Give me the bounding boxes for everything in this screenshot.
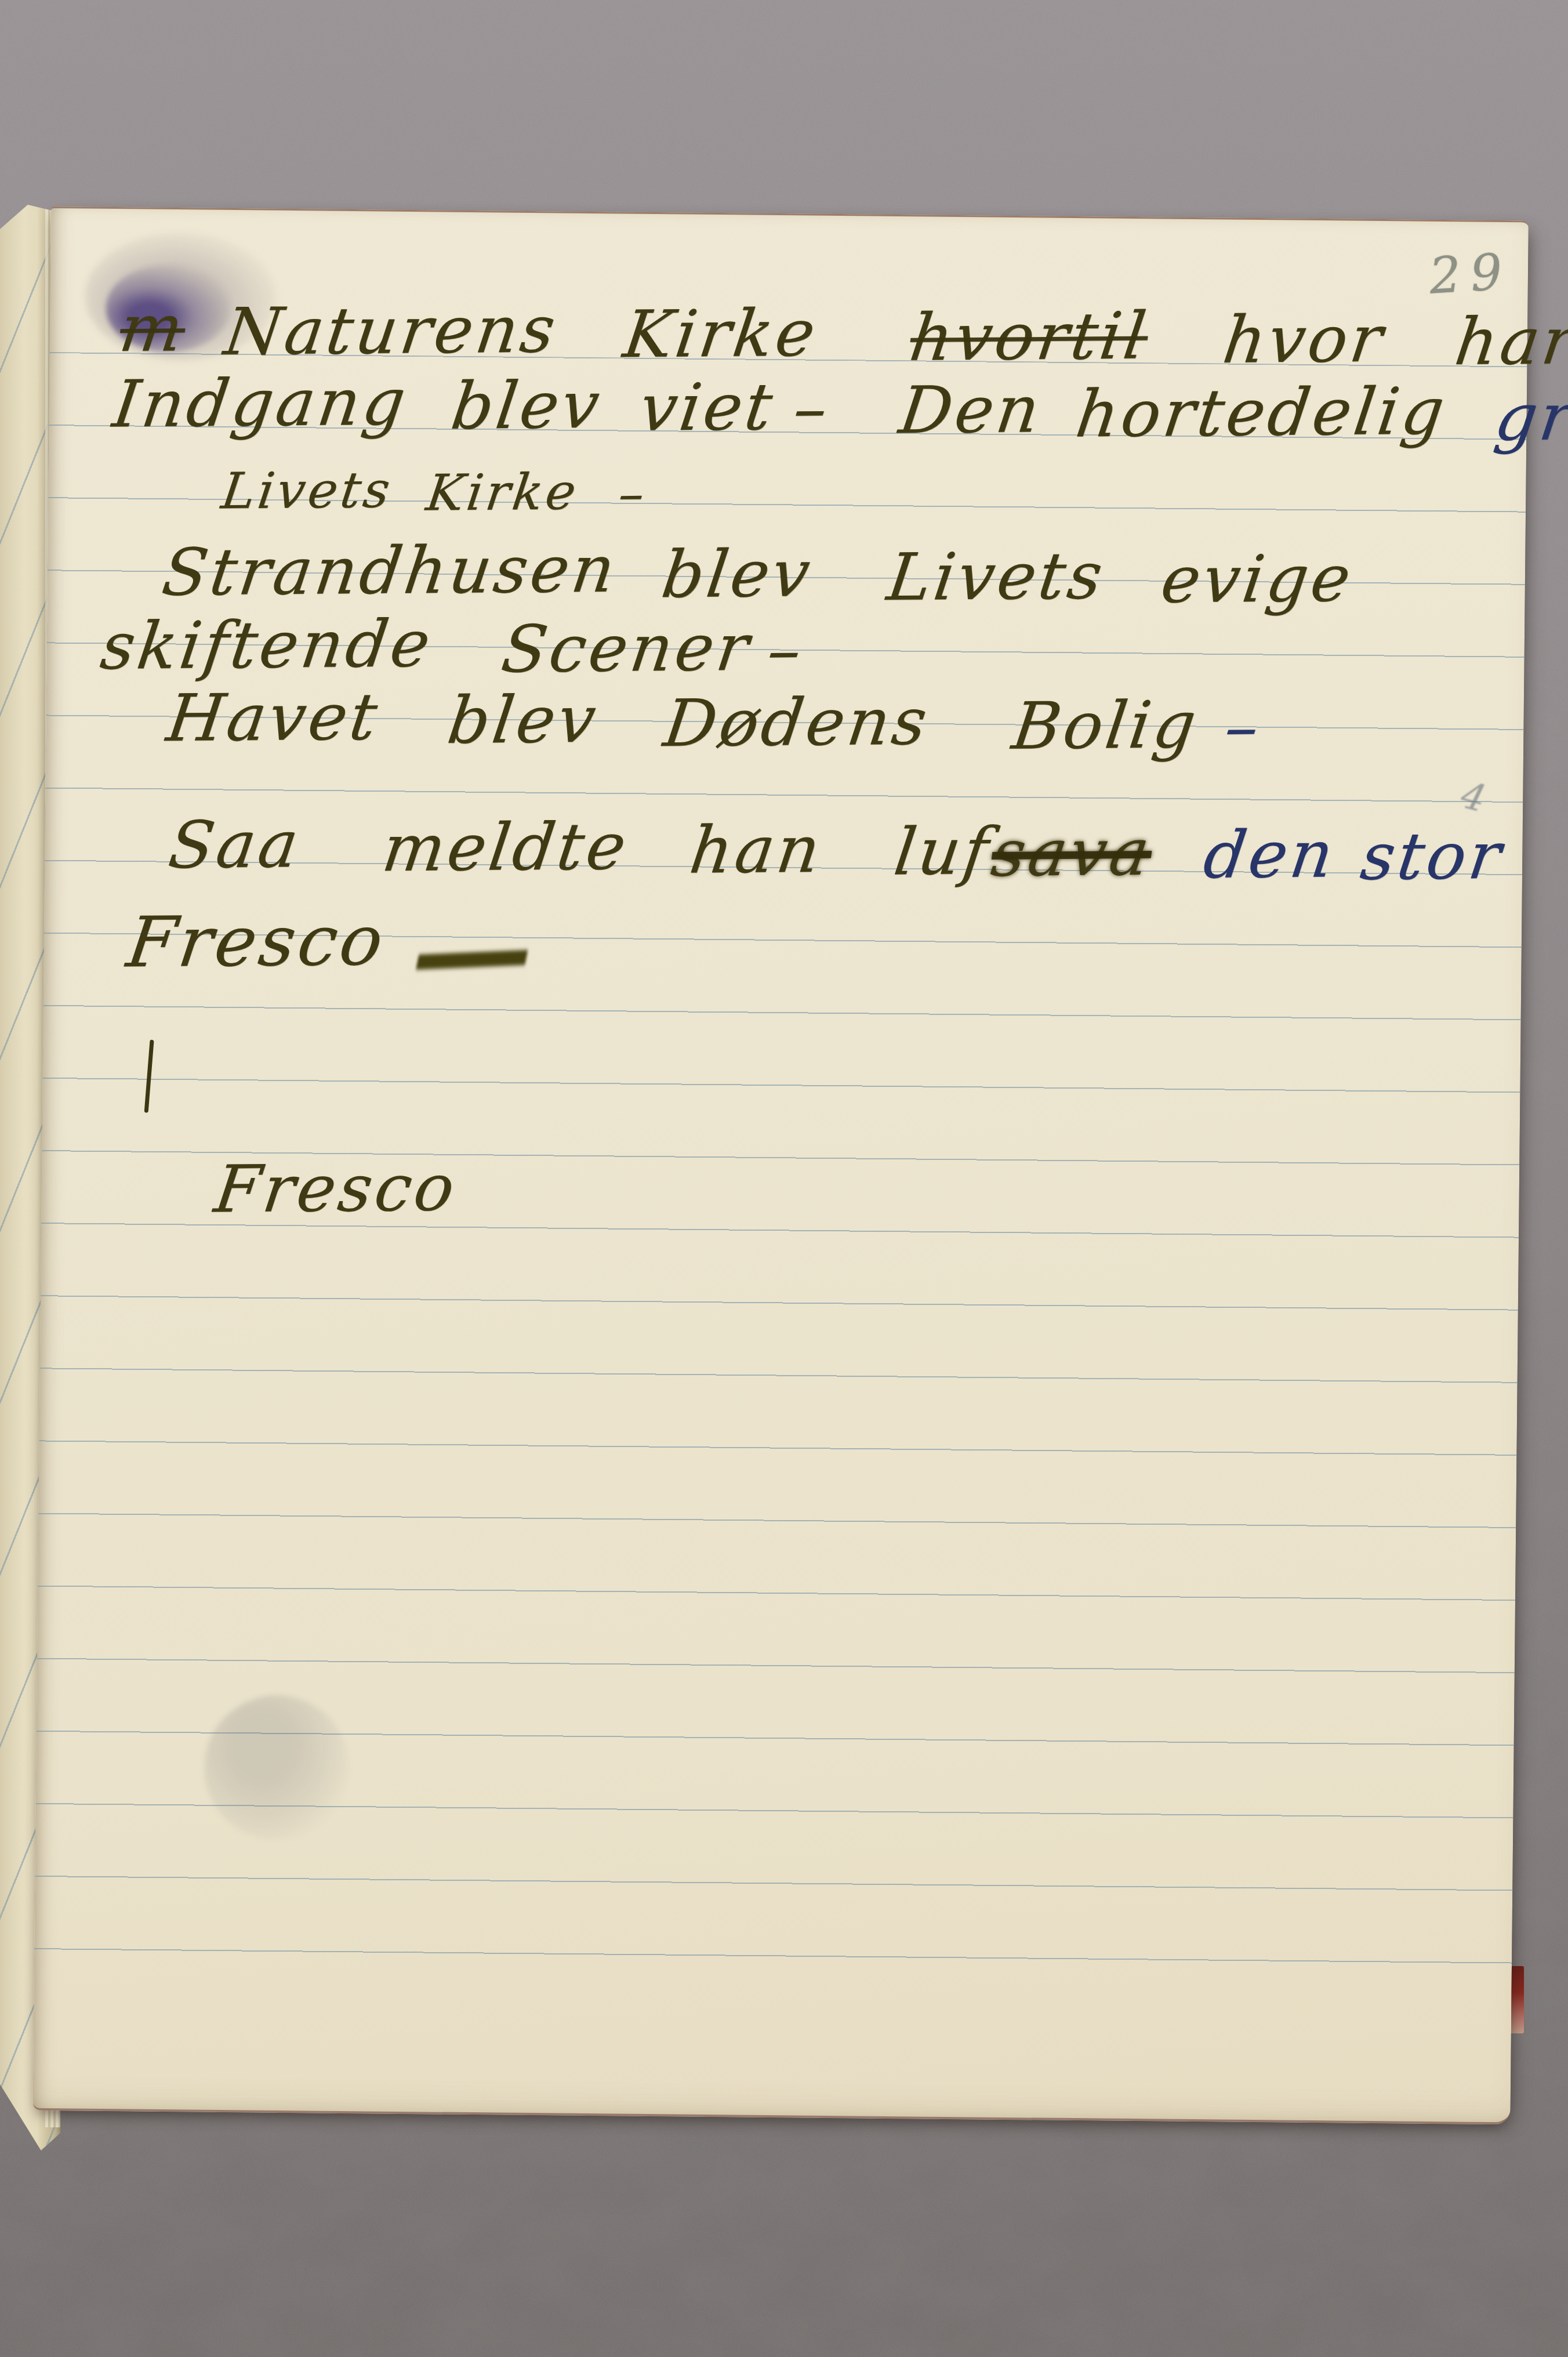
word: blev — [448, 373, 606, 439]
word: har — [1451, 309, 1568, 375]
word: han — [686, 817, 826, 883]
word-struck: m — [116, 296, 189, 361]
notebook-photo: 29 m Naturens Kirke hvortil hvor har Ind… — [0, 0, 1568, 2357]
word: Livets — [219, 465, 395, 516]
word: Strandhusen — [159, 537, 622, 605]
word-blue-ink: stor — [1358, 824, 1508, 890]
dash-blue-ink: – — [1221, 695, 1265, 760]
dash: – — [790, 376, 834, 441]
handwriting-line: Fresco — — [128, 906, 512, 979]
word-blue-ink: den — [1200, 822, 1340, 888]
handwriting-line: Saa meldte han luf sava den stor — [169, 812, 1504, 890]
handwriting-line: skiftende Scener – — [101, 611, 804, 683]
word: evige — [1157, 546, 1357, 612]
word: Scener — [498, 615, 756, 682]
handwriting-line: m Naturens Kirke hvortil hvor har — [120, 296, 1568, 375]
word: Fresco — [123, 906, 390, 978]
pen-stroke-vertical — [144, 1040, 154, 1113]
word-struck: hvortil — [906, 304, 1152, 371]
word: skiftende — [97, 611, 437, 679]
word: Havet — [164, 684, 384, 751]
word: viet — [636, 375, 779, 441]
page-number: 29 — [1428, 242, 1513, 305]
word: Saa — [165, 812, 305, 878]
word-overwritten: sava — [988, 820, 1156, 886]
word: hortedelig — [1073, 379, 1451, 447]
ink-blob-dash: — — [402, 831, 548, 1058]
word: hvor — [1219, 307, 1389, 373]
word: blev — [444, 687, 602, 753]
word: Fresco — [211, 1155, 461, 1222]
word: Livets — [884, 543, 1109, 610]
pencil-smudge — [204, 1695, 350, 1841]
notebook-page: 29 m Naturens Kirke hvortil hvor har Ind… — [32, 206, 1528, 2124]
dash: – — [764, 618, 808, 683]
word: Den — [896, 377, 1046, 443]
handwriting-line: Indgang blev viet – Den hortedelig gronf… — [114, 369, 1568, 451]
dash: – — [615, 469, 650, 519]
book-cover-edge — [1510, 1966, 1524, 2033]
word: Kirke — [423, 467, 582, 518]
handwriting-line: Havet blev Dødens Bolig – — [168, 684, 1261, 760]
word: blev — [658, 541, 816, 607]
word-blue-ink: gronfeld — [1491, 383, 1568, 450]
word: luf — [890, 819, 994, 884]
handwriting-line: Fresco — [215, 1155, 456, 1223]
pencil-mark: 4 — [1457, 774, 1490, 822]
handwriting-line: Strandhusen blev Livets evige — [163, 536, 1353, 613]
word: Kirke — [620, 301, 822, 367]
word: Naturens — [221, 297, 562, 364]
word: Dødens — [660, 690, 934, 756]
handwriting-line-inserted: Livets Kirke – — [222, 465, 647, 519]
word: Indgang — [110, 370, 412, 437]
word: Bolig — [1009, 692, 1203, 759]
